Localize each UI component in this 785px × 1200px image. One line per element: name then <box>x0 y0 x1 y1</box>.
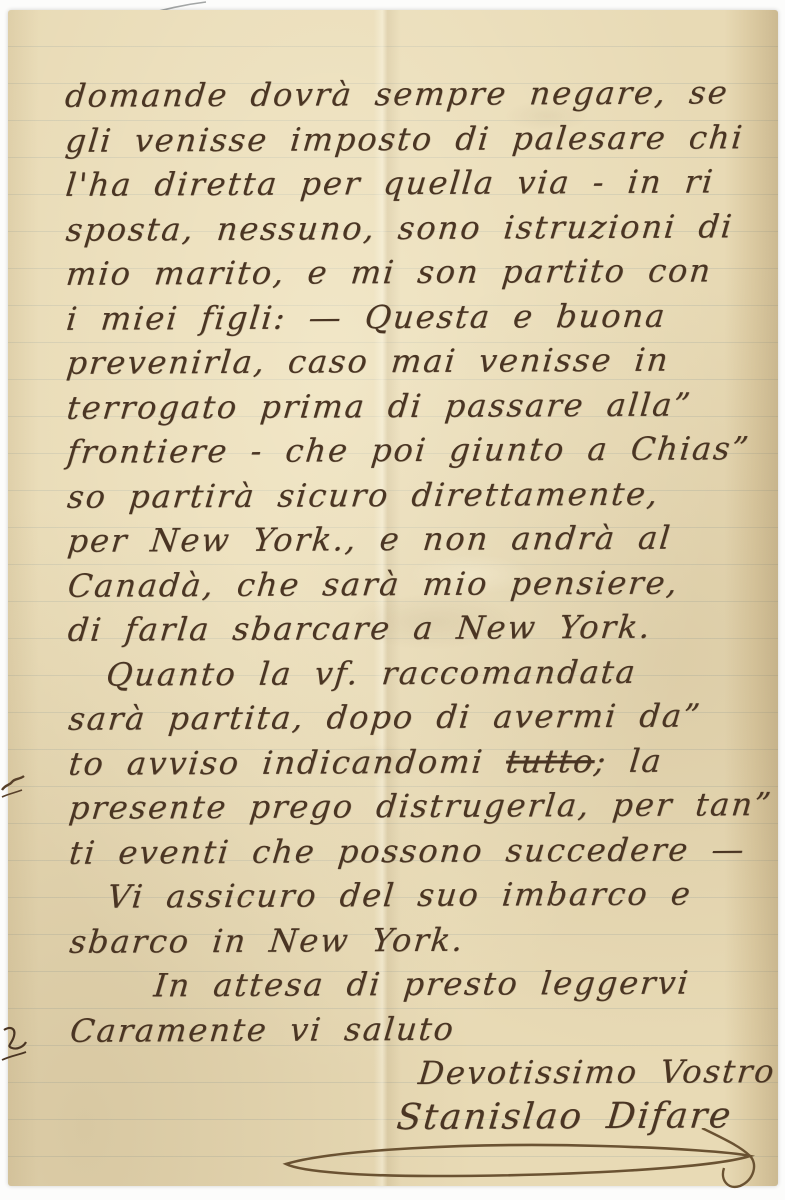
letter-line: sposta, nessuno, sono istruzioni di <box>64 204 771 252</box>
letter-line: frontiere - che poi giunto a Chias” <box>65 426 772 474</box>
letter-line: gli venisse imposto di palesare chi <box>63 115 770 163</box>
letter-line: l'ha diretta per quella via - in ri <box>64 159 771 207</box>
letter-line-paragraph-start: Vi assicuro del suo imbarco e <box>67 871 774 919</box>
letter-line: mio marito, e mi son partito con <box>64 248 771 296</box>
letter-line-segment: ; la <box>593 741 665 779</box>
letter-line-paragraph-start: Quanto la vf. raccomandata <box>66 649 773 697</box>
letter-scan: domande dovrà sempre negare, se gli veni… <box>0 0 785 1200</box>
letter-line: domande dovrà sempre negare, se <box>63 70 770 118</box>
ink-bleed-mark <box>0 766 26 802</box>
letter-line: terrogato prima di passare alla” <box>65 382 772 430</box>
valediction: Devotissimo Vostro <box>68 1049 775 1097</box>
ink-bleed-mark <box>0 1022 28 1070</box>
letter-line-segment: to avviso indicandomi <box>67 742 508 782</box>
struck-word: tutto <box>504 742 596 780</box>
letter-line: sarà partita, dopo di avermi da” <box>66 693 773 741</box>
letter-line: Caramente vi saluto <box>68 1005 775 1053</box>
letter-line: di farla sbarcare a New York. <box>66 604 773 652</box>
letter-line: ti eventi che possono succedere — <box>67 827 774 875</box>
letter-line: prevenirla, caso mai venisse in <box>65 337 772 385</box>
letter-line: presente prego distrugerla, per tan” <box>67 782 774 830</box>
letter-line: to avviso indicandomi tutto; la <box>67 738 774 786</box>
letter-line: sbarco in New York. <box>68 916 775 964</box>
letter-body: domande dovrà sempre negare, se gli veni… <box>65 70 774 1142</box>
letter-line: i miei figli: — Questa e buona <box>64 293 771 341</box>
letter-line-paragraph-start: In attesa di presto leggervi <box>68 960 775 1008</box>
letter-line: per New York., e non andrà al <box>65 515 772 563</box>
letter-line: Canadà, che sarà mio pensiere, <box>66 560 773 608</box>
letter-line: so partirà sicuro direttamente, <box>65 471 772 519</box>
signature-flourish <box>272 1128 772 1192</box>
